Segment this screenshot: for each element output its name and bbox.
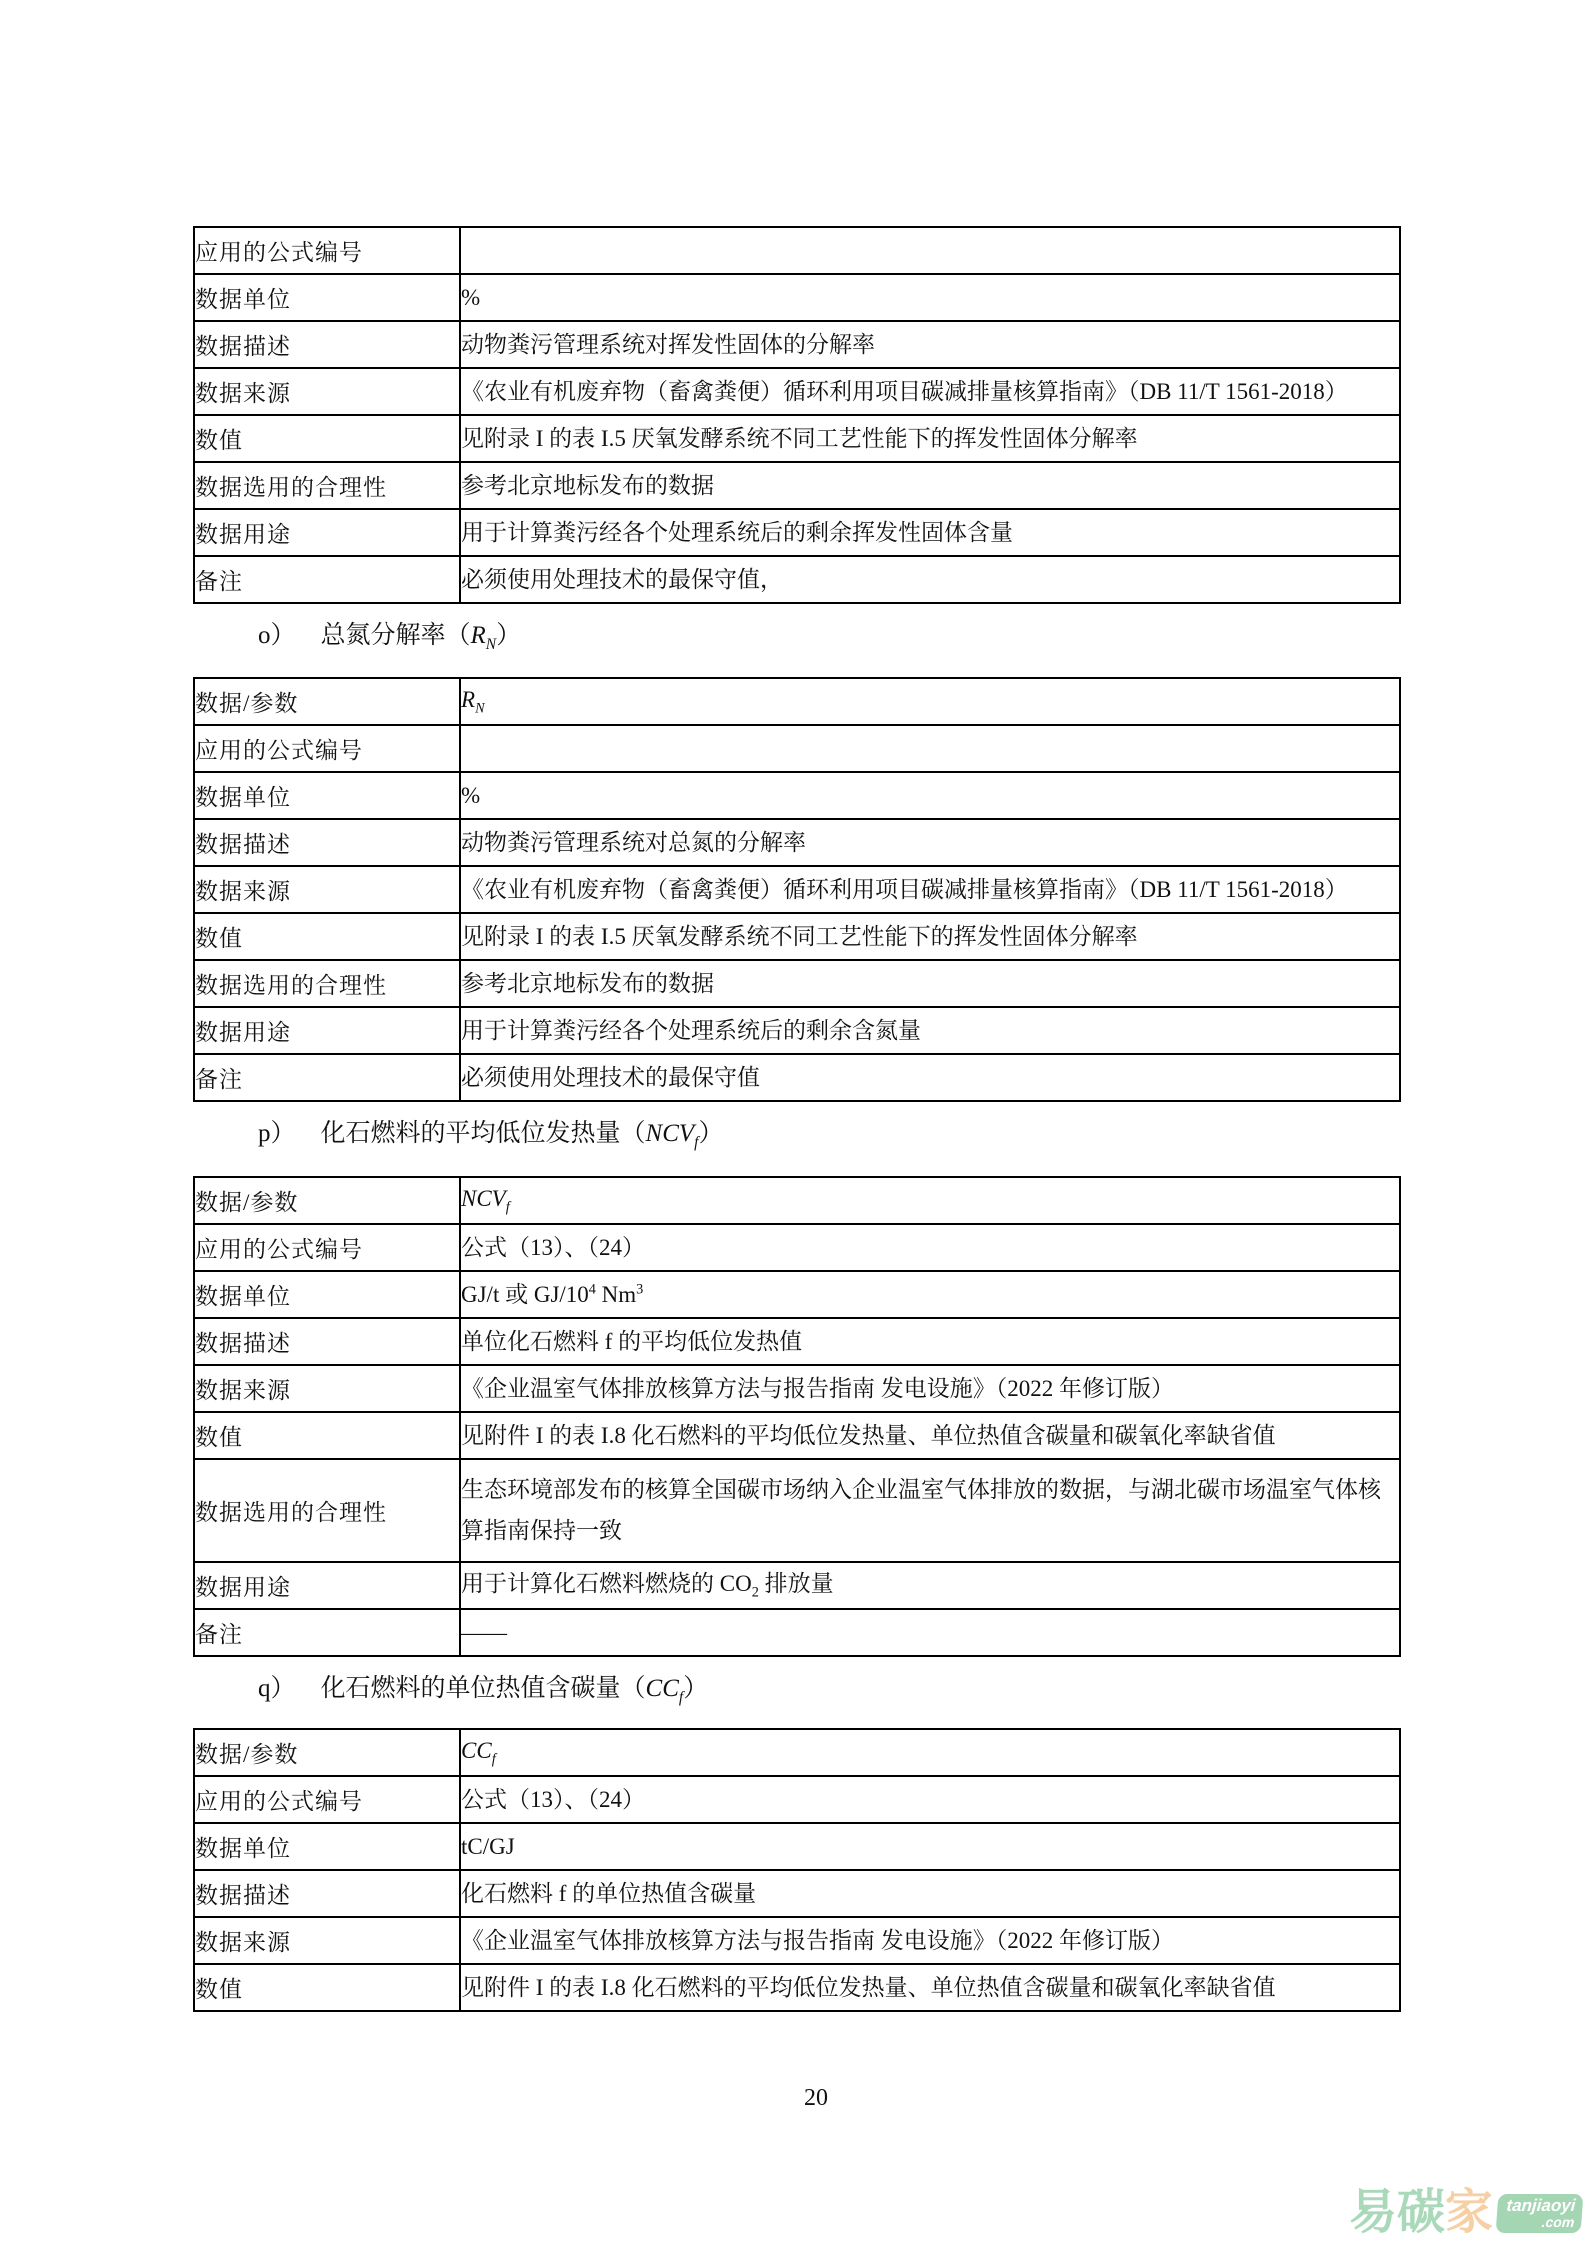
watermark-domain-bottom: .com	[1505, 2215, 1575, 2229]
row-value: 用于计算粪污经各个处理系统后的剩余含氮量	[460, 1007, 1400, 1054]
table-row: 数据来源 《企业温室气体排放核算方法与报告指南 发电设施》（2022 年修订版）	[194, 1917, 1400, 1964]
row-value: %	[460, 274, 1400, 321]
row-value: 见附录 I 的表 I.5 厌氧发酵系统不同工艺性能下的挥发性固体分解率	[460, 913, 1400, 960]
table-row: 数据来源 《农业有机废弃物（畜禽粪便）循环利用项目碳减排量核算指南》（DB 11…	[194, 368, 1400, 415]
row-value: 公式（13）、（24）	[460, 1776, 1400, 1823]
row-value: 动物粪污管理系统对挥发性固体的分解率	[460, 321, 1400, 368]
page-body: 应用的公式编号 数据单位 % 数据描述 动物粪污管理系统对挥发性固体的分解率 数…	[193, 226, 1401, 2012]
row-label: 数据描述	[194, 321, 460, 368]
table-row: 应用的公式编号 公式（13）、（24）	[194, 1224, 1400, 1271]
table-row: 备注 必须使用处理技术的最保守值，	[194, 556, 1400, 603]
table-row: 数据描述 动物粪污管理系统对总氮的分解率	[194, 819, 1400, 866]
row-value	[460, 725, 1400, 772]
document-page: 应用的公式编号 数据单位 % 数据描述 动物粪污管理系统对挥发性固体的分解率 数…	[0, 0, 1588, 2245]
table-total-nitrogen-decomposition: 数据/参数 RN 应用的公式编号 数据单位 % 数据描述 动物粪污管理系统对总氮…	[193, 677, 1401, 1102]
row-label: 数据/参数	[194, 1177, 460, 1224]
table-row: 数据选用的合理性 生态环境部发布的核算全国碳市场纳入企业温室气体排放的数据，与湖…	[194, 1459, 1400, 1562]
row-label: 数据来源	[194, 1917, 460, 1964]
row-label: 备注	[194, 1054, 460, 1101]
row-value: 《农业有机废弃物（畜禽粪便）循环利用项目碳减排量核算指南》（DB 11/T 15…	[460, 368, 1400, 415]
row-value: 《农业有机废弃物（畜禽粪便）循环利用项目碳减排量核算指南》（DB 11/T 15…	[460, 866, 1400, 913]
watermark-logo: 易碳家 tanjiaoyi .com	[1349, 2189, 1582, 2237]
row-label: 数据选用的合理性	[194, 462, 460, 509]
row-value: 《企业温室气体排放核算方法与报告指南 发电设施》（2022 年修订版）	[460, 1365, 1400, 1412]
row-label: 数据描述	[194, 1318, 460, 1365]
watermark-yitan-text: 易碳	[1349, 2189, 1445, 2237]
table-row: 数据描述 动物粪污管理系统对挥发性固体的分解率	[194, 321, 1400, 368]
watermark-domain-badge: tanjiaoyi .com	[1496, 2194, 1584, 2233]
table-row: 数值 见附录 I 的表 I.5 厌氧发酵系统不同工艺性能下的挥发性固体分解率	[194, 415, 1400, 462]
row-label: 数据用途	[194, 1007, 460, 1054]
row-label: 数据用途	[194, 1562, 460, 1609]
table-row: 备注 必须使用处理技术的最保守值	[194, 1054, 1400, 1101]
row-label: 数据来源	[194, 1365, 460, 1412]
row-value: CCf	[460, 1729, 1400, 1776]
row-value	[460, 227, 1400, 274]
row-value: NCVf	[460, 1177, 1400, 1224]
row-label: 数据单位	[194, 1823, 460, 1870]
row-label: 数值	[194, 1964, 460, 2011]
table-row: 数值 见附件 I 的表 I.8 化石燃料的平均低位发热量、单位热值含碳量和碳氧化…	[194, 1964, 1400, 2011]
row-value: RN	[460, 678, 1400, 725]
table-row: 数据单位 %	[194, 274, 1400, 321]
row-label: 应用的公式编号	[194, 1776, 460, 1823]
table-row: 数据选用的合理性 参考北京地标发布的数据	[194, 960, 1400, 1007]
row-value: 化石燃料 f 的单位热值含碳量	[460, 1870, 1400, 1917]
table-row: 数值 见附件 I 的表 I.8 化石燃料的平均低位发热量、单位热值含碳量和碳氧化…	[194, 1412, 1400, 1459]
row-label: 数据选用的合理性	[194, 960, 460, 1007]
row-value: 生态环境部发布的核算全国碳市场纳入企业温室气体排放的数据，与湖北碳市场温室气体核…	[460, 1459, 1400, 1562]
table-row: 数据单位 GJ/t 或 GJ/104 Nm3	[194, 1271, 1400, 1318]
row-value: 用于计算粪污经各个处理系统后的剩余挥发性固体含量	[460, 509, 1400, 556]
row-value: ——	[460, 1609, 1400, 1656]
row-label: 数值	[194, 913, 460, 960]
row-value: 必须使用处理技术的最保守值，	[460, 556, 1400, 603]
table-row: 应用的公式编号 公式（13）、（24）	[194, 1776, 1400, 1823]
row-value: GJ/t 或 GJ/104 Nm3	[460, 1271, 1400, 1318]
row-label: 数据选用的合理性	[194, 1459, 460, 1562]
table-volatile-solids-decomposition: 应用的公式编号 数据单位 % 数据描述 动物粪污管理系统对挥发性固体的分解率 数…	[193, 226, 1401, 604]
table-row: 备注 ——	[194, 1609, 1400, 1656]
table-row: 数据来源 《农业有机废弃物（畜禽粪便）循环利用项目碳减排量核算指南》（DB 11…	[194, 866, 1400, 913]
watermark-jia-text: 家	[1445, 2189, 1493, 2237]
row-label: 数据描述	[194, 819, 460, 866]
row-label: 备注	[194, 1609, 460, 1656]
table-row: 应用的公式编号	[194, 227, 1400, 274]
table-row: 数据单位 tC/GJ	[194, 1823, 1400, 1870]
table-row: 数据选用的合理性 参考北京地标发布的数据	[194, 462, 1400, 509]
row-value: 见附件 I 的表 I.8 化石燃料的平均低位发热量、单位热值含碳量和碳氧化率缺省…	[460, 1412, 1400, 1459]
row-value: 公式（13）、（24）	[460, 1224, 1400, 1271]
table-row: 数据描述 化石燃料 f 的单位热值含碳量	[194, 1870, 1400, 1917]
row-label: 数据单位	[194, 772, 460, 819]
table-row: 数据描述 单位化石燃料 f 的平均低位发热值	[194, 1318, 1400, 1365]
row-value: %	[460, 772, 1400, 819]
row-value: tC/GJ	[460, 1823, 1400, 1870]
row-label: 数值	[194, 1412, 460, 1459]
row-label: 数据来源	[194, 866, 460, 913]
row-label: 应用的公式编号	[194, 1224, 460, 1271]
row-label: 数据来源	[194, 368, 460, 415]
table-row: 数据单位 %	[194, 772, 1400, 819]
row-value: 见附件 I 的表 I.8 化石燃料的平均低位发热量、单位热值含碳量和碳氧化率缺省…	[460, 1964, 1400, 2011]
row-label: 备注	[194, 556, 460, 603]
table-fossil-fuel-carbon-content: 数据/参数 CCf 应用的公式编号 公式（13）、（24） 数据单位 tC/GJ…	[193, 1728, 1401, 2012]
row-value: 参考北京地标发布的数据	[460, 960, 1400, 1007]
row-label: 数据/参数	[194, 678, 460, 725]
table-row: 数据用途 用于计算化石燃料燃烧的 CO2 排放量	[194, 1562, 1400, 1609]
section-heading-q: q） 化石燃料的单位热值含碳量（CCf）	[193, 1673, 1401, 1714]
section-heading-o: o） 总氮分解率（RN）	[193, 620, 1401, 661]
table-row: 数据用途 用于计算粪污经各个处理系统后的剩余含氮量	[194, 1007, 1400, 1054]
row-label: 数据/参数	[194, 1729, 460, 1776]
row-label: 应用的公式编号	[194, 227, 460, 274]
row-label: 数据描述	[194, 1870, 460, 1917]
row-label: 数据单位	[194, 1271, 460, 1318]
row-label: 应用的公式编号	[194, 725, 460, 772]
page-number: 20	[44, 2085, 1588, 2112]
row-value: 动物粪污管理系统对总氮的分解率	[460, 819, 1400, 866]
table-row: 数据来源 《企业温室气体排放核算方法与报告指南 发电设施》（2022 年修订版）	[194, 1365, 1400, 1412]
table-row: 数据用途 用于计算粪污经各个处理系统后的剩余挥发性固体含量	[194, 509, 1400, 556]
row-value: 参考北京地标发布的数据	[460, 462, 1400, 509]
row-value: 用于计算化石燃料燃烧的 CO2 排放量	[460, 1562, 1400, 1609]
watermark-domain-top: tanjiaoyi	[1506, 2197, 1576, 2214]
table-row: 应用的公式编号	[194, 725, 1400, 772]
row-value: 见附录 I 的表 I.5 厌氧发酵系统不同工艺性能下的挥发性固体分解率	[460, 415, 1400, 462]
table-fossil-fuel-ncv: 数据/参数 NCVf 应用的公式编号 公式（13）、（24） 数据单位 GJ/t…	[193, 1176, 1401, 1657]
table-row: 数据/参数 RN	[194, 678, 1400, 725]
table-row: 数据/参数 CCf	[194, 1729, 1400, 1776]
section-heading-p: p） 化石燃料的平均低位发热量（NCVf）	[193, 1118, 1401, 1159]
table-row: 数据/参数 NCVf	[194, 1177, 1400, 1224]
row-value: 《企业温室气体排放核算方法与报告指南 发电设施》（2022 年修订版）	[460, 1917, 1400, 1964]
row-label: 数值	[194, 415, 460, 462]
row-label: 数据用途	[194, 509, 460, 556]
table-row: 数值 见附录 I 的表 I.5 厌氧发酵系统不同工艺性能下的挥发性固体分解率	[194, 913, 1400, 960]
row-value: 单位化石燃料 f 的平均低位发热值	[460, 1318, 1400, 1365]
row-label: 数据单位	[194, 274, 460, 321]
row-value: 必须使用处理技术的最保守值	[460, 1054, 1400, 1101]
